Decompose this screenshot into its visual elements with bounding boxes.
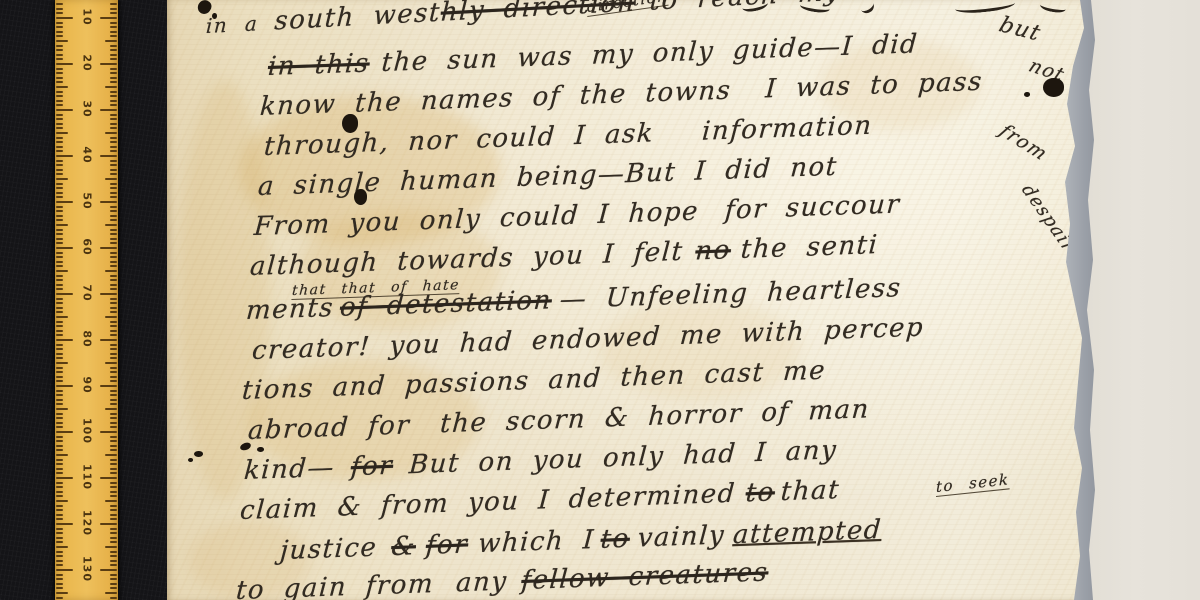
ruler-tick [56, 454, 68, 456]
ruler-tick [56, 206, 63, 208]
ruler-tick [56, 288, 63, 290]
manuscript-line: but [996, 13, 1045, 47]
ruler-tick [56, 371, 63, 373]
ruler-tick [100, 63, 117, 65]
ruler-tick [110, 233, 117, 235]
ruler-tick [110, 284, 117, 286]
ruler-number: 20 [80, 54, 93, 71]
ruler-tick [110, 574, 117, 576]
ruler-tick [56, 367, 63, 369]
ruler-tick [56, 22, 63, 24]
ruler-tick [110, 187, 117, 189]
ruler-tick [56, 587, 63, 589]
ruler-tick [56, 224, 68, 226]
ruler-tick [56, 597, 63, 599]
ruler-tick [56, 316, 68, 318]
ruler-tick [56, 210, 63, 212]
ruler-tick [110, 173, 117, 175]
ruler-tick [110, 472, 117, 474]
ruler-tick [56, 31, 63, 33]
ruler-tick [110, 367, 117, 369]
ruler-tick [105, 408, 117, 410]
ruler-tick [56, 118, 63, 120]
manuscript-word: for [425, 529, 469, 561]
ruler-tick [105, 270, 117, 272]
ruler-tick [110, 169, 117, 171]
ruler-tick [56, 518, 63, 520]
manuscript-paper: in asouth westhly directionto reach my d… [167, 0, 1092, 600]
ruler-tick [110, 532, 117, 534]
ruler-tick [110, 265, 117, 267]
ruler-tick [110, 371, 117, 373]
manuscript-word: of detestation [339, 285, 553, 322]
ink-blot [342, 114, 358, 133]
ruler-tick [110, 160, 117, 162]
ruler-tick [56, 127, 63, 129]
manuscript-word: ments [245, 293, 335, 326]
ruler-tick [100, 339, 117, 341]
ruler-tick [56, 560, 63, 562]
ruler-tick [110, 505, 117, 507]
ruler-tick [110, 403, 117, 405]
ruler-tick [110, 100, 117, 102]
ruler-tick [110, 390, 117, 392]
ruler-tick [110, 445, 117, 447]
ruler-tick [110, 417, 117, 419]
ruler-tick [56, 261, 63, 263]
ruler-tick [100, 17, 117, 19]
ruler-tick [110, 229, 117, 231]
ruler-tick [105, 500, 117, 502]
ruler-tick [110, 491, 117, 493]
ruler-tick [110, 49, 117, 51]
ruler-tick [110, 463, 117, 465]
ruler-number: 50 [80, 192, 93, 209]
ruler-tick [56, 463, 63, 465]
ruler-tick [110, 215, 117, 217]
ruler-tick [56, 229, 63, 231]
ruler-tick [110, 330, 117, 332]
ruler-tick [56, 514, 63, 516]
ruler-tick [105, 454, 117, 456]
ruler-tick [110, 555, 117, 557]
ruler-tick [56, 422, 63, 424]
ruler-tick [110, 210, 117, 212]
ruler-tick [56, 311, 63, 313]
ruler-tick [56, 482, 63, 484]
ruler-tick [56, 40, 68, 42]
ruler-tick [110, 150, 117, 152]
ruler-tick [110, 514, 117, 516]
ruler-tick [56, 592, 68, 594]
ruler-tick [56, 376, 63, 378]
manuscript-word: fellow creatures [520, 557, 769, 596]
ruler-tick [110, 399, 117, 401]
ruler-tick [56, 72, 63, 74]
ruler-tick [56, 132, 68, 134]
ruler-tick [56, 114, 63, 116]
ruler-tick [110, 45, 117, 47]
ruler-tick [56, 403, 63, 405]
ruler-tick [100, 431, 117, 433]
ruler-tick [56, 334, 63, 336]
ruler-tick [100, 293, 117, 295]
ruler-tick [110, 118, 117, 120]
ruler-tick [56, 100, 63, 102]
ink-blot [1043, 78, 1064, 97]
manuscript-line: from [995, 120, 1052, 165]
ruler-tick [110, 279, 117, 281]
manuscript-word: justice [279, 533, 378, 566]
ruler-tick [56, 150, 63, 152]
ruler-tick [56, 201, 73, 203]
ruler-number: 120 [80, 510, 93, 536]
ink-speck [188, 458, 193, 462]
ruler-tick [56, 399, 63, 401]
manuscript-word: attempted [732, 515, 883, 550]
manuscript-word: — Unfeeling heartless [559, 273, 903, 315]
ruler-tick [56, 523, 73, 525]
ruler-tick [110, 68, 117, 70]
ruler-tick [56, 160, 63, 162]
ruler-tick [56, 537, 63, 539]
ruler-tick [110, 164, 117, 166]
ruler-tick [56, 45, 63, 47]
ruler-tick [110, 183, 117, 185]
manuscript-word: although towards you I felt [249, 237, 685, 282]
ruler-tick [110, 242, 117, 244]
ruler-tick [56, 91, 63, 93]
ruler-tick [56, 279, 63, 281]
ruler-tick [56, 187, 63, 189]
ruler-tick [56, 426, 63, 428]
ruler-tick [56, 95, 63, 97]
ruler-tick [110, 141, 117, 143]
manuscript-word: claim & from you I determined [239, 479, 737, 526]
ruler-tick [56, 8, 63, 10]
ruler-tick [56, 233, 63, 235]
manuscript-word: know the names of the towns [259, 75, 733, 122]
ruler-tick [56, 12, 63, 14]
ruler-tick [110, 509, 117, 511]
manuscript-line: to seek [936, 470, 1009, 497]
ruler-tick [56, 436, 63, 438]
ruler-tick [110, 81, 117, 83]
ruler-tick [56, 77, 63, 79]
ruler-tick [110, 127, 117, 129]
ruler-tick [110, 206, 117, 208]
ruler-tick [56, 532, 63, 534]
ruler-tick [110, 311, 117, 313]
ruler-tick [110, 348, 117, 350]
ruler-tick [110, 238, 117, 240]
manuscript-word: the senti [740, 230, 880, 265]
ruler-tick [56, 449, 63, 451]
ruler-tick [56, 583, 63, 585]
ruler-tick [56, 431, 73, 433]
ruler-tick [110, 440, 117, 442]
ruler-tick [56, 242, 63, 244]
ruler-tick [56, 164, 63, 166]
manuscript-word: But on you only had I any [408, 435, 838, 480]
ink-blot [354, 189, 367, 205]
manuscript-word: to [745, 477, 776, 508]
manuscript-word: for [350, 451, 394, 483]
ruler-tick [56, 58, 63, 60]
ruler-number: 10 [80, 8, 93, 25]
manuscript-word: that [780, 475, 841, 507]
manuscript-word: in this [267, 48, 371, 82]
ruler-tick [56, 546, 68, 548]
ruler-tick [56, 380, 63, 382]
ruler-tick [110, 256, 117, 258]
ruler-tick [56, 574, 63, 576]
ruler-tick [110, 380, 117, 382]
ruler-tick [56, 183, 63, 185]
ruler-tick [110, 288, 117, 290]
ruler-tick [56, 284, 63, 286]
manuscript-word: any [455, 566, 509, 598]
ruler-tick [110, 12, 117, 14]
manuscript-word: to [600, 524, 631, 555]
ruler-tick [110, 413, 117, 415]
ruler-tick [56, 362, 68, 364]
ruler-tick [110, 114, 117, 116]
ruler-tick [56, 440, 63, 442]
ruler-tick [56, 270, 68, 272]
ruler-number: 130 [80, 556, 93, 582]
ruler-number: 90 [80, 376, 93, 393]
ruler-tick [110, 537, 117, 539]
ruler-tick [110, 137, 117, 139]
ruler-tick [56, 472, 63, 474]
ruler-tick [56, 500, 68, 502]
ruler-tick [56, 555, 63, 557]
ruler-number: 110 [80, 464, 93, 490]
ink-speck [194, 451, 203, 457]
manuscript-word: kind— [243, 453, 336, 486]
ruler-tick [56, 477, 73, 479]
ruler-tick [56, 252, 63, 254]
ruler-tick [110, 394, 117, 396]
ruler-tick [110, 95, 117, 97]
ruler-tick [56, 348, 63, 350]
ruler-tick [56, 564, 63, 566]
ruler-tick [56, 275, 63, 277]
ruler-tick [56, 528, 63, 530]
ruler-tick [110, 72, 117, 74]
ruler-tick [110, 459, 117, 461]
ruler-tick [110, 58, 117, 60]
ruler-number: 40 [80, 146, 93, 163]
ruler-tick [56, 445, 63, 447]
ruler-tick [100, 385, 117, 387]
ruler-tick [110, 353, 117, 355]
ruler-tick [56, 486, 63, 488]
ruler-tick [56, 408, 68, 410]
ruler-tick [110, 219, 117, 221]
manuscript-word: the sun was my only guide—I did [381, 29, 920, 78]
ruler-tick [56, 330, 63, 332]
ruler-tick [100, 155, 117, 157]
ruler-tick [110, 3, 117, 5]
manuscript-word: through, nor could I ask [263, 118, 655, 162]
ruler-tick [56, 569, 73, 571]
ruler-tick [110, 275, 117, 277]
manuscript-line: justice&forwhich Itovainlyattempted [279, 515, 883, 566]
ruler-tick [110, 146, 117, 148]
ruler-tick [56, 81, 63, 83]
ruler-tick [110, 8, 117, 10]
ruler-tick [110, 518, 117, 520]
manuscript-word: I was to pass [764, 67, 984, 105]
ruler-tick [56, 394, 63, 396]
ruler-tick [110, 564, 117, 566]
ruler-tick [110, 560, 117, 562]
ruler-tick [110, 587, 117, 589]
manuscript-word: From you only could I hope [253, 196, 700, 242]
ruler-tick [56, 196, 63, 198]
ruler-tick [56, 173, 63, 175]
ruler-tick [110, 436, 117, 438]
ruler-tick [110, 192, 117, 194]
ruler-tick [100, 201, 117, 203]
ruler-tick [56, 505, 63, 507]
ruler-tick [110, 22, 117, 24]
ruler-tick [110, 357, 117, 359]
ruler-tick [110, 252, 117, 254]
ruler-tick [56, 178, 68, 180]
ruler-tick [56, 104, 63, 106]
ruler-tick [56, 344, 63, 346]
ruler-tick [56, 357, 63, 359]
ruler-tick [56, 468, 63, 470]
ruler-tick [56, 247, 73, 249]
ruler-tick [56, 325, 63, 327]
ruler-tick [105, 132, 117, 134]
ruler-tick [110, 104, 117, 106]
ruler: 102030405060708090100110120130 [55, 0, 118, 600]
ruler-tick [56, 541, 63, 543]
manuscript-word: south west [274, 0, 442, 36]
ruler-tick [56, 169, 63, 171]
ruler-tick [110, 123, 117, 125]
ruler-tick [110, 468, 117, 470]
ruler-number: 100 [80, 418, 93, 444]
ruler-tick [56, 238, 63, 240]
ruler-tick [110, 196, 117, 198]
ruler-tick [110, 298, 117, 300]
ruler-tick [110, 426, 117, 428]
manuscript-word: no [694, 235, 731, 266]
ruler-tick [56, 578, 63, 580]
ruler-tick [110, 325, 117, 327]
ruler-tick [56, 192, 63, 194]
ruler-tick [56, 35, 63, 37]
ruler-tick [56, 265, 63, 267]
ruler-tick [56, 551, 63, 553]
ruler-tick [105, 86, 117, 88]
ruler-tick [56, 293, 73, 295]
manuscript-word: to seek [936, 470, 1009, 497]
ruler-tick [56, 390, 63, 392]
ruler-tick [56, 256, 63, 258]
manuscript-word: to gain from [235, 569, 435, 600]
ruler-tick [110, 77, 117, 79]
ruler-tick [56, 49, 63, 51]
ruler-tick [110, 334, 117, 336]
ruler-tick [56, 385, 73, 387]
ruler-tick [56, 298, 63, 300]
ruler-tick [110, 302, 117, 304]
ruler-tick [56, 459, 63, 461]
ruler-tick [56, 215, 63, 217]
ruler-tick [110, 26, 117, 28]
manuscript-word: vainly [637, 520, 726, 553]
ruler-tick [110, 583, 117, 585]
ruler-tick [56, 302, 63, 304]
ruler-tick [56, 307, 63, 309]
manuscript-word: for succour [724, 189, 902, 225]
ruler-tick [110, 495, 117, 497]
ruler-tick [56, 155, 73, 157]
ruler-tick [56, 413, 63, 415]
page-root: { "scene": { "description_colors": { "fa… [0, 0, 1200, 600]
ruler-tick [110, 344, 117, 346]
ruler-tick [56, 54, 63, 56]
ruler-tick [110, 449, 117, 451]
ruler-number: 70 [80, 284, 93, 301]
ruler-tick [100, 477, 117, 479]
ruler-tick [105, 40, 117, 42]
ruler-tick [110, 528, 117, 530]
ruler-tick [110, 376, 117, 378]
ink-blot [1024, 92, 1030, 97]
ruler-tick [110, 54, 117, 56]
ruler-tick [110, 578, 117, 580]
manuscript-word: which I [477, 525, 596, 559]
ruler-tick [56, 3, 63, 5]
ruler-tick [105, 546, 117, 548]
ruler-number: 30 [80, 100, 93, 117]
ruler-tick [56, 417, 63, 419]
ruler-tick [56, 137, 63, 139]
ruler-tick [110, 91, 117, 93]
manuscript-text: in asouth westhly directionto reach my d… [167, 0, 1092, 600]
ruler-tick [105, 592, 117, 594]
ruler-tick [100, 247, 117, 249]
ruler-tick [56, 495, 63, 497]
ruler-tick [110, 486, 117, 488]
ruler-tick [110, 597, 117, 599]
ruler-tick [56, 321, 63, 323]
ruler-tick [110, 321, 117, 323]
ruler-tick [56, 63, 73, 65]
ruler-tick [56, 123, 63, 125]
ruler-tick [100, 523, 117, 525]
ruler-tick [105, 178, 117, 180]
ruler-tick [56, 146, 63, 148]
ruler-tick [100, 569, 117, 571]
ruler-tick [110, 35, 117, 37]
ruler-tick [56, 68, 63, 70]
ruler-tick [105, 362, 117, 364]
ruler-tick [110, 482, 117, 484]
ruler-tick [110, 422, 117, 424]
ruler-tick [56, 26, 63, 28]
ruler-tick [100, 109, 117, 111]
manuscript-word: the scorn & horror of man [439, 394, 871, 439]
